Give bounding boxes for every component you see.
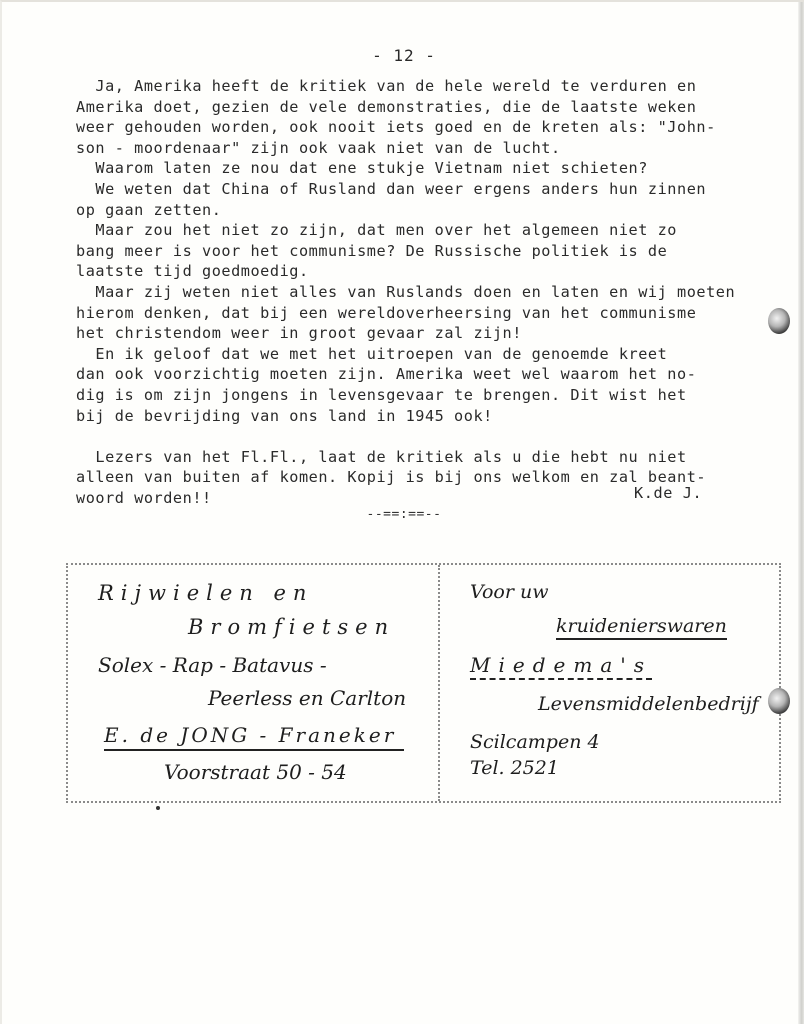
body-line: hierom denken, dat bij een wereldoverhee… (76, 303, 796, 324)
ink-speck (156, 806, 160, 810)
body-line: Maar zou het niet zo zijn, dat men over … (76, 220, 796, 241)
body-line: dan ook voorzichtig moeten zijn. Amerika… (76, 364, 796, 385)
author-signature: K.de J. (634, 484, 702, 502)
ad-left-business-name: E. de JONG - Franeker (104, 723, 404, 751)
body-line: Ja, Amerika heeft de kritiek van de hele… (76, 76, 796, 97)
advertisement-box: Rijwielen en Bromfietsen Solex - Rap - B… (66, 563, 781, 803)
body-line: We weten dat China of Rusland dan weer e… (76, 179, 796, 200)
ad-right-business-name: Miedema's (470, 653, 652, 680)
section-separator: --==:==-- (2, 507, 804, 522)
body-line: bang meer is voor het communisme? De Rus… (76, 241, 796, 262)
body-line: Maar zij weten niet alles van Ruslands d… (76, 282, 796, 303)
body-line: En ik geloof dat we met het uitroepen va… (76, 344, 796, 365)
body-line: laatste tijd goedmoedig. (76, 261, 796, 282)
body-line (76, 426, 796, 447)
body-line: Waarom laten ze nou dat ene stukje Vietn… (76, 158, 796, 179)
page-number: - 12 - (2, 46, 804, 65)
article-body: Ja, Amerika heeft de kritiek van de hele… (76, 76, 796, 508)
body-line: son - moordenaar" zijn ook vaak niet van… (76, 138, 796, 159)
ad-right-business-type: Levensmiddelenbedrijf (538, 693, 759, 715)
ad-left-heading: Rijwielen en (98, 581, 313, 605)
ad-left-brands-cont: Peerless en Carlton (208, 686, 406, 710)
binder-hole-icon (768, 308, 790, 334)
ad-right-phone: Tel. 2521 (470, 757, 559, 779)
ad-divider (438, 565, 440, 801)
body-line: weer gehouden worden, ook nooit iets goe… (76, 117, 796, 138)
ad-left-brands: Solex - Rap - Batavus - (98, 653, 327, 677)
body-line: Amerika doet, gezien de vele demonstrati… (76, 97, 796, 118)
ad-left-subheading: Bromfietsen (188, 615, 395, 639)
ad-right-intro: Voor uw (470, 581, 548, 603)
body-line: dig is om zijn jongens in levensgevaar t… (76, 385, 796, 406)
body-line: op gaan zetten. (76, 200, 796, 221)
ad-right-address: Scilcampen 4 (470, 731, 600, 753)
binder-hole-icon (768, 688, 790, 714)
ad-right-product: kruidenierswaren (556, 615, 727, 640)
document-page: - 12 - Ja, Amerika heeft de kritiek van … (0, 0, 804, 1024)
body-line: bij de bevrijding van ons land in 1945 o… (76, 406, 796, 427)
body-line: het christendom weer in groot gevaar zal… (76, 323, 796, 344)
ad-left-address: Voorstraat 50 - 54 (164, 760, 347, 784)
body-line: Lezers van het Fl.Fl., laat de kritiek a… (76, 447, 796, 468)
